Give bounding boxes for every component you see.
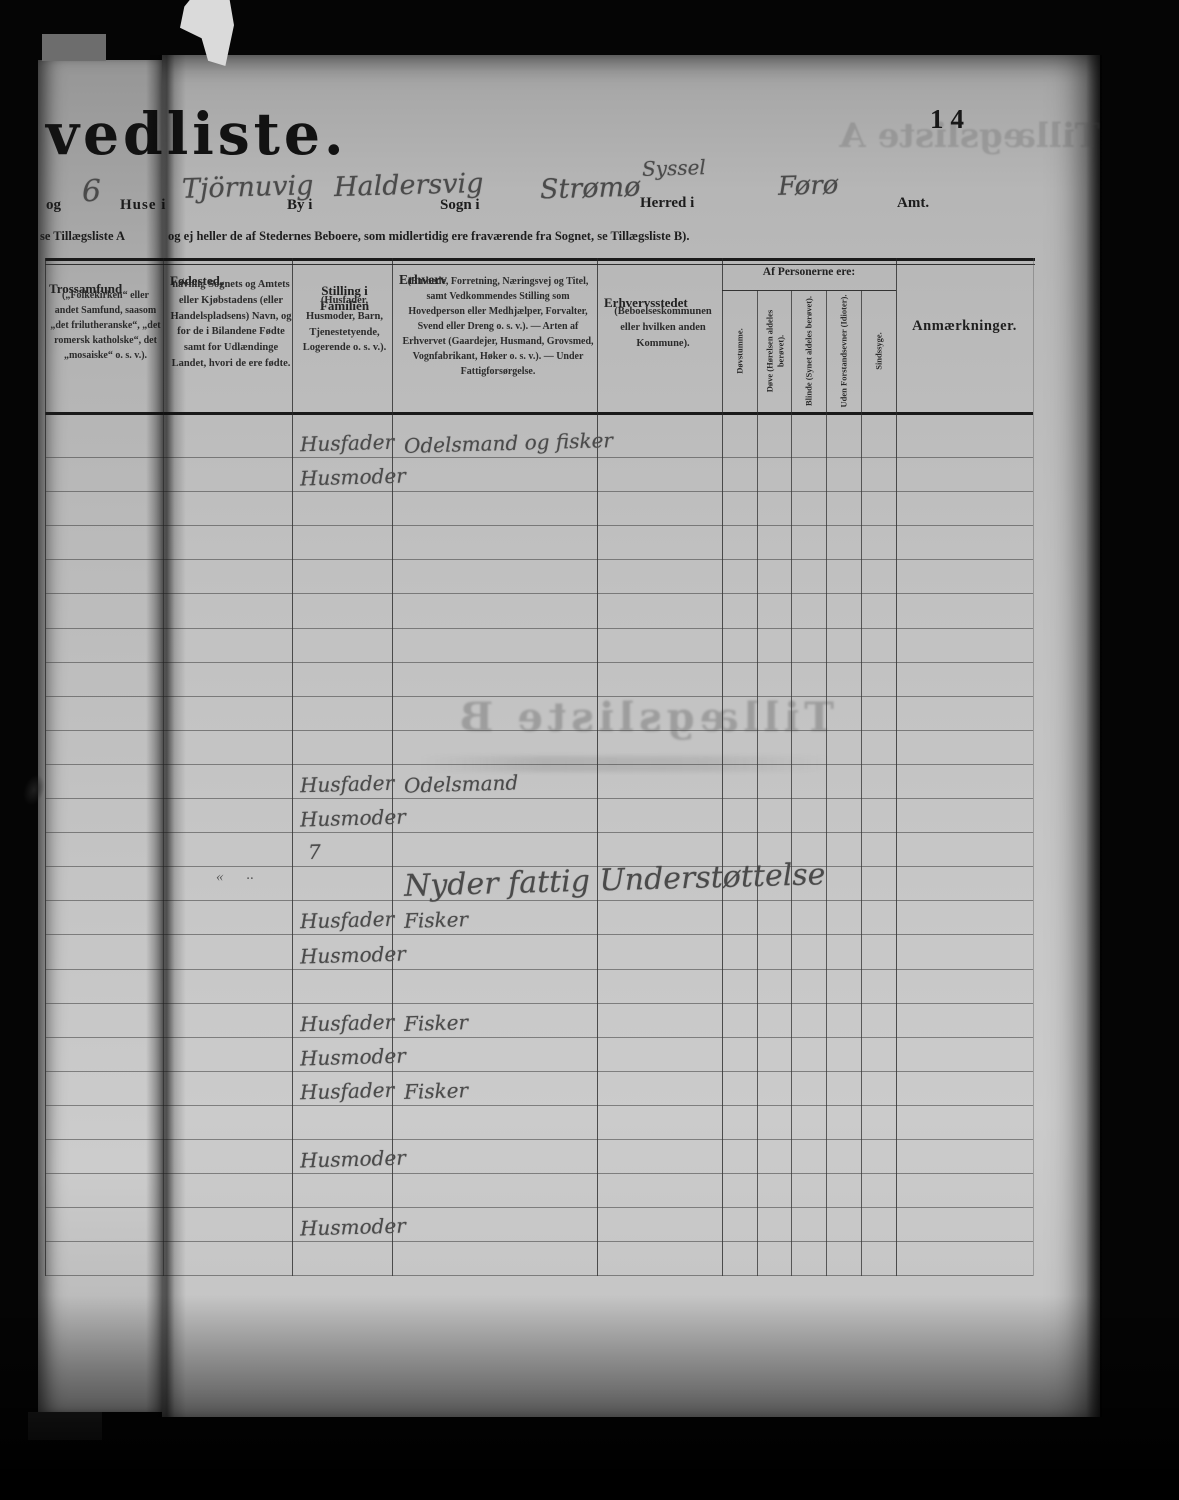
subcolumn-header-0: Døvstumme.	[722, 292, 757, 410]
entry-stilling: Husmoder	[300, 1146, 406, 1173]
column-subtitle: (Embede, Forretning, Næringsvej og Titel…	[399, 274, 597, 379]
entry-stilling: Husmoder	[300, 1044, 406, 1071]
body-row-line-7	[45, 696, 1033, 697]
label-amt: Amt.	[897, 195, 929, 212]
entry-stilling: Husfader	[300, 771, 395, 798]
body-row-line-11	[45, 832, 1033, 833]
ditto-mark-right: ··	[246, 871, 254, 888]
handwritten-syssel: Syssel	[642, 155, 706, 181]
divider-erhverv-erhvervssted	[597, 258, 598, 1276]
entry-erhverv: Odelsmand	[404, 770, 519, 797]
divider-erhvervssted-group	[722, 258, 723, 1276]
bleedthrough-text-middle: Tillægsliste B	[398, 694, 834, 741]
body-row-line-2	[45, 525, 1033, 526]
body-row-line-0	[45, 457, 1033, 458]
label-huse-i: Huse i	[120, 197, 166, 214]
entry-erhverv: Fisker	[404, 907, 469, 933]
table-top-rule-thin	[45, 264, 1035, 265]
subcolumn-divider-2	[826, 290, 827, 1276]
entry-stilling: Husmoder	[300, 805, 406, 832]
column-subtitle: (Husfader, Husmoder, Barn, Tjenestetyend…	[297, 293, 392, 356]
entry-stilling: Husmoder	[300, 942, 406, 969]
body-row-line-3	[45, 559, 1033, 560]
divider-stilling-erhverv	[392, 258, 393, 1276]
subcolumn-divider-3	[861, 290, 862, 1276]
page-title: vedliste.	[46, 100, 348, 168]
subcolumn-label: Blinde (Synet aldeles berøvet).	[803, 294, 814, 408]
subcolumn-label: Døvstumme.	[734, 294, 745, 408]
handwritten-house-count: 6	[82, 174, 102, 210]
body-row-line-16	[45, 1003, 1033, 1004]
label-by-i: By i	[287, 197, 312, 214]
divider-table-right-edge	[1033, 258, 1034, 1276]
subcolumn-header-4: Sindssyge.	[861, 292, 896, 410]
divider-fodested-stilling	[292, 258, 293, 1276]
column-subtitle: (Beboelseskommunen eller hvilken anden K…	[604, 304, 722, 351]
body-row-line-21	[45, 1173, 1033, 1174]
entry-stilling: Husfader	[300, 907, 395, 934]
scanned-census-page: Tillægsliste A Tillægsliste B 14 vedlist…	[0, 0, 1179, 1500]
divider-group-remarks	[896, 258, 897, 1276]
subcolumn-label: Uden Forstandsevner (Idioter).	[838, 294, 849, 408]
table-top-rule-heavy	[45, 258, 1035, 261]
body-row-line-5	[45, 628, 1033, 629]
body-row-line-8	[45, 730, 1033, 731]
divider-left-edge	[45, 258, 46, 1276]
subcolumn-divider-0	[757, 290, 758, 1276]
entry-stilling: Husfader	[300, 1010, 395, 1037]
entry-erhverv: Fisker	[404, 1010, 469, 1036]
subcolumn-label: Døve (Hørelsen aldeles berøvet).	[764, 294, 785, 408]
body-row-line-15	[45, 969, 1033, 970]
column-subtitle: („Folkekirken“ eller andet Samfund, saas…	[49, 288, 162, 363]
group-header-af-personerne: Af Personerne ere:	[722, 266, 896, 278]
divider-trossamfund-fodested	[163, 258, 164, 1276]
ditto-mark-left: «	[216, 869, 224, 886]
body-row-line-4	[45, 593, 1033, 594]
label-og: og	[46, 197, 61, 214]
entry-stilling: Husfader	[300, 1078, 395, 1105]
body-row-line-20	[45, 1139, 1033, 1140]
body-row-line-18	[45, 1071, 1033, 1072]
note-middle: og ej heller de af Stedernes Beboere, so…	[168, 229, 597, 243]
subcolumn-header-2: Blinde (Synet aldeles berøvet).	[791, 292, 826, 410]
entry-stilling: Husfader	[300, 430, 395, 457]
remarks-column-header: Anmærkninger.	[896, 318, 1033, 335]
body-row-line-9	[45, 764, 1033, 765]
body-row-line-10	[45, 798, 1033, 799]
entry-erhverv: Fisker	[404, 1078, 469, 1104]
subcolumn-header-3: Uden Forstandsevner (Idioter).	[826, 292, 861, 410]
label-sogn-i: Sogn i	[440, 197, 480, 214]
body-row-line-13	[45, 900, 1033, 901]
body-row-line-1	[45, 491, 1033, 492]
handwritten-amt-name: Førø	[778, 170, 839, 202]
body-row-line-6	[45, 662, 1033, 663]
body-row-line-23	[45, 1241, 1033, 1242]
label-herred-i: Herred i	[640, 195, 694, 212]
entry-stilling: 7	[308, 840, 321, 864]
body-row-line-22	[45, 1207, 1033, 1208]
note-line-left: se Tillægsliste A	[40, 229, 162, 244]
subcolumn-divider-1	[791, 290, 792, 1276]
page-number: 14	[930, 104, 971, 135]
body-row-line-24	[45, 1275, 1033, 1276]
body-row-line-14	[45, 934, 1033, 935]
body-row-line-19	[45, 1105, 1033, 1106]
header-bottom-rule	[45, 412, 1033, 415]
body-row-line-17	[45, 1037, 1033, 1038]
group-header-underline	[722, 290, 896, 291]
table-rules-layer	[0, 0, 1179, 1500]
entry-stilling: Husmoder	[300, 1214, 406, 1241]
note-line-main: og ej heller de af Stedernes Beboere, so…	[168, 229, 689, 244]
binding-tab	[42, 34, 106, 61]
subcolumn-header-1: Døve (Hørelsen aldeles berøvet).	[757, 292, 792, 410]
note-bold-end: se Tillægsliste B).	[597, 229, 689, 243]
subcolumn-label: Sindssyge.	[873, 294, 884, 408]
column-subtitle: navnlig Sognets og Amtets eller Kjøbstad…	[170, 277, 292, 372]
handwritten-herred-name: Strømø	[540, 172, 641, 206]
entry-stilling: Husmoder	[300, 464, 406, 491]
